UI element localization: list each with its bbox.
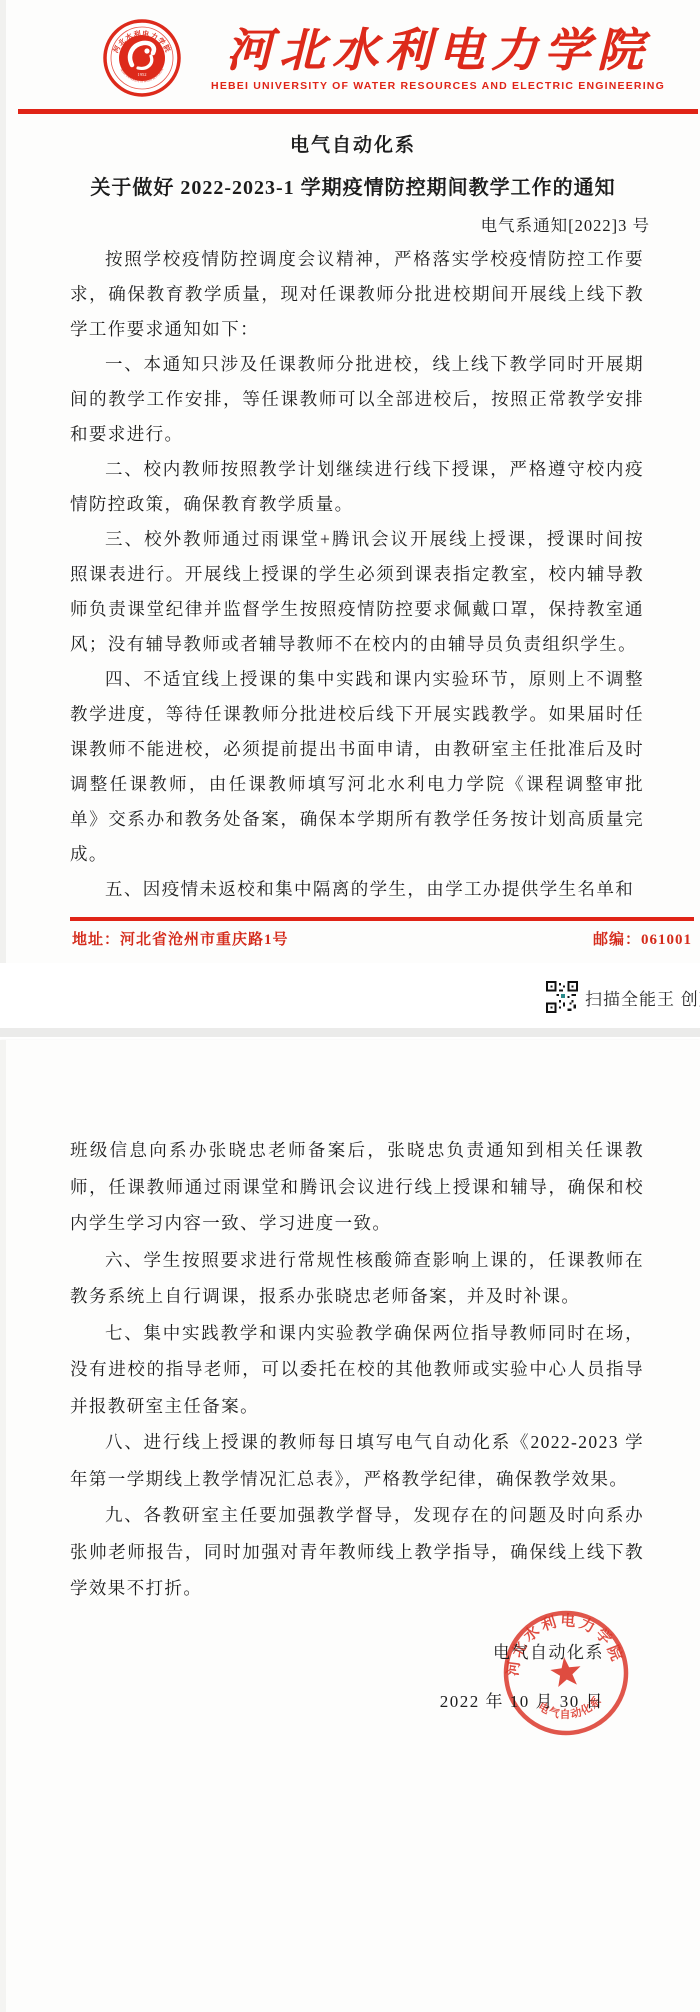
paragraph-item-3: 三、校外教师通过雨课堂+腾讯会议开展线上授课，授课时间按照课表进行。开展线上授课… bbox=[70, 522, 644, 662]
page2-body: 班级信息向系办张晓忠老师备案后，张晓忠负责通知到相关任课教师，任课教师通过雨课堂… bbox=[6, 1040, 700, 1607]
doc-number: 电气系通知[2022]3 号 bbox=[6, 212, 700, 236]
page1-footer: 地址：河北省沧州市重庆路1号 邮编：061001 bbox=[6, 917, 700, 949]
page-separator bbox=[0, 1028, 700, 1037]
camscanner-watermark: 扫描全能王 创建 bbox=[546, 981, 700, 1013]
signature-date: 2022 年 10 月 30 日 bbox=[440, 1677, 604, 1726]
notice-title: 关于做好 2022-2023-1 学期疫情防控期间教学工作的通知 bbox=[6, 171, 700, 200]
signature-block: 电气自动化系 2022 年 10 月 30 日 bbox=[440, 1628, 604, 1726]
school-badge-icon: 河北水利电力学院 HEBEI UNIVERSITY OF WATER RESOU… bbox=[102, 18, 182, 98]
scanned-document: 河北水利电力学院 HEBEI UNIVERSITY OF WATER RESOU… bbox=[0, 0, 700, 2012]
paragraph-intro: 按照学校疫情防控调度会议精神，严格落实学校疫情防控工作要求，确保教育教学质量，现… bbox=[70, 242, 644, 347]
footer-postcode-value: 061001 bbox=[641, 932, 692, 948]
department-title: 电气自动化系 bbox=[6, 130, 700, 157]
university-name-en: HEBEI UNIVERSITY OF WATER RESOURCES AND … bbox=[186, 80, 690, 92]
signature-department: 电气自动化系 bbox=[440, 1628, 604, 1677]
university-name-cn: 河北水利电力学院 bbox=[186, 25, 690, 77]
paragraph-item-2: 二、校内教师按照教学计划继续进行线下授课，严格遵守校内疫情防控政策，确保教育教学… bbox=[70, 452, 644, 522]
page1-body: 按照学校疫情防控调度会议精神，严格落实学校疫情防控工作要求，确保教育教学质量，现… bbox=[6, 236, 700, 907]
watermark-text: 扫描全能王 创建 bbox=[585, 985, 700, 1010]
footer-address-label: 地址： bbox=[72, 932, 120, 948]
paragraph-item-9: 九、各教研室主任要加强教学督导，发现存在的问题及时向系办张帅老师报告，同时加强对… bbox=[70, 1497, 644, 1607]
letterhead-divider bbox=[18, 109, 698, 114]
paragraph-item-7: 七、集中实践教学和课内实验教学确保两位指导教师同时在场，没有进校的指导老师，可以… bbox=[70, 1315, 644, 1425]
badge-year: 1952 bbox=[138, 72, 147, 77]
paragraph-item-5-partial: 五、因疫情未返校和集中隔离的学生，由学工办提供学生名单和 bbox=[70, 872, 644, 907]
paragraph-item-5-continued: 班级信息向系办张晓忠老师备案后，张晓忠负责通知到相关任课教师，任课教师通过雨课堂… bbox=[70, 1132, 644, 1242]
letterhead: 河北水利电力学院 HEBEI UNIVERSITY OF WATER RESOU… bbox=[6, 0, 700, 98]
paragraph-item-1: 一、本通知只涉及任课教师分批进校，线上线下教学同时开展期间的教学工作安排，等任课… bbox=[70, 347, 644, 452]
page-1: 河北水利电力学院 HEBEI UNIVERSITY OF WATER RESOU… bbox=[0, 0, 700, 963]
page-gap: 扫描全能王 创建 bbox=[0, 963, 700, 1040]
letterhead-names: 河北水利电力学院 HEBEI UNIVERSITY OF WATER RESOU… bbox=[186, 25, 690, 92]
page-2: 班级信息向系办张晓忠老师备案后，张晓忠负责通知到相关任课教师，任课教师通过雨课堂… bbox=[0, 1040, 700, 2012]
footer-address-value: 河北省沧州市重庆路1号 bbox=[120, 932, 289, 948]
qr-code-icon bbox=[546, 981, 578, 1013]
footer-postcode-label: 邮编： bbox=[593, 932, 641, 948]
paragraph-item-8: 八、进行线上授课的教师每日填写电气自动化系《2022-2023 学年第一学期线上… bbox=[70, 1424, 644, 1497]
paragraph-item-6: 六、学生按照要求进行常规性核酸筛查影响上课的，任课教师在教务系统上自行调课，报系… bbox=[70, 1242, 644, 1315]
footer-postcode: 邮编：061001 bbox=[593, 928, 692, 949]
footer-address: 地址：河北省沧州市重庆路1号 bbox=[72, 928, 289, 949]
paragraph-item-4: 四、不适宜线上授课的集中实践和课内实验环节，原则上不调整教学进度，等待任课教师分… bbox=[70, 662, 644, 872]
